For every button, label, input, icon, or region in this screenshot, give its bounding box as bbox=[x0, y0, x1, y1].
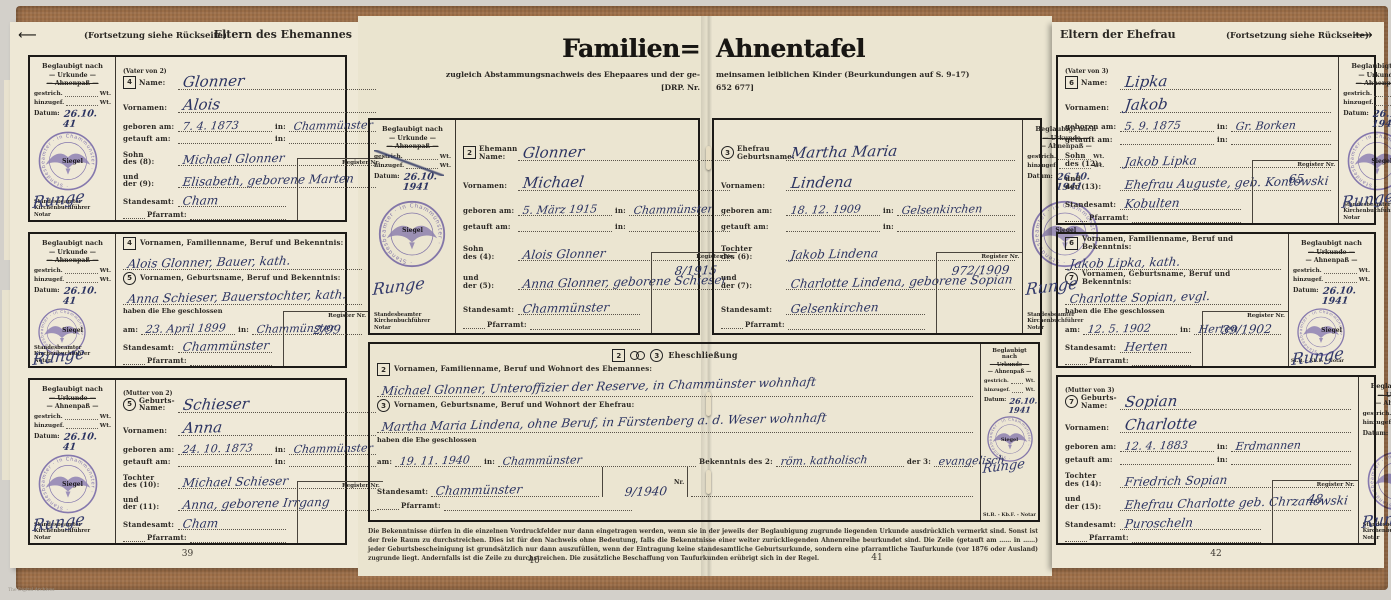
surname-entry: Sopian bbox=[1124, 394, 1178, 410]
arrow-right-icon: ⟶ bbox=[1354, 28, 1373, 43]
husband-number-badge: 2 bbox=[612, 349, 625, 362]
stamp-zone: Siegel · Standesbeamter · in Chammünster… bbox=[34, 130, 111, 202]
cert-option-urkunde: — Urkunde — bbox=[34, 249, 111, 257]
register-number-entry: 8/1915 bbox=[674, 264, 718, 277]
form-fields: 2 3 Eheschließung 2Vornamen, Familiennam… bbox=[370, 344, 980, 520]
drp-number: 652 677] bbox=[716, 83, 754, 92]
relation-note: (Vater von 3) bbox=[1065, 69, 1117, 76]
cert-gestrichen-line: gestrich.Wt. bbox=[34, 268, 111, 274]
cert-gestrichen-line: gestrich.Wt. bbox=[984, 378, 1035, 384]
registry-office-entry: Chammünster bbox=[522, 301, 610, 315]
ancestor-number-badge: 5 bbox=[123, 398, 136, 411]
archive-credit: The Digital Archives bbox=[8, 588, 55, 593]
husband-confession-entry: röm. katholisch bbox=[780, 454, 868, 467]
registrar-signature: Runge bbox=[1291, 346, 1344, 369]
registry-office-entry: Chammünster bbox=[182, 340, 270, 354]
cert-title: Beglaubigt nach bbox=[34, 62, 111, 70]
stamp-zone: Siegel · Standesbeamter · in Chammünster… bbox=[34, 307, 111, 359]
cert-hinzugefuegt-line: hinzugef.Wt. bbox=[1343, 100, 1391, 106]
father-entry: Jakob Lipka bbox=[1124, 154, 1198, 168]
surname-entry: Glonner bbox=[182, 74, 245, 90]
cert-date: Datum:26.10. 1941 bbox=[1363, 430, 1391, 450]
page-number-39: 39 bbox=[28, 549, 347, 559]
husband-details-entry: Michael Glonner, Unteroffizier der Reser… bbox=[381, 376, 817, 397]
mother-details-entry: Anna Schieser, Bauerstochter, kath. bbox=[127, 288, 347, 305]
cert-option-urkunde: — Urkunde — bbox=[34, 72, 111, 80]
drp-prefix: [DRP. Nr. bbox=[380, 83, 700, 92]
registry-office-entry: Cham bbox=[182, 194, 219, 207]
birthdate-entry: 18. 12. 1909 bbox=[790, 204, 861, 216]
surname-entry: Schieser bbox=[182, 396, 250, 412]
cert-option-urkunde: — Urkunde — bbox=[984, 362, 1035, 369]
page-number-41: 41 bbox=[712, 553, 1042, 563]
marriage-title: Eheschließung bbox=[668, 351, 737, 360]
cert-option-ahnenpass: — Ahnenpaß — bbox=[1343, 80, 1391, 88]
form-fields: (Mutter von 2) 5 Geburts-Name: Schieser … bbox=[116, 380, 383, 543]
official-stamp: · Standesbeamter · in Chammünster · bbox=[37, 453, 99, 515]
register-number-entry: 2/99 bbox=[313, 323, 341, 336]
ancestor-number-badge: 3 bbox=[721, 146, 734, 159]
cert-gestrichen-line: gestrich.Wt. bbox=[34, 414, 111, 420]
stamp-zone: Siegel · Standesbeamter · in Chammünster… bbox=[374, 193, 451, 289]
givenname-entry: Charlotte bbox=[1124, 416, 1198, 433]
record-box-marriage-husband-parents: Beglaubigt nach — Urkunde — — Ahnenpaß —… bbox=[28, 232, 347, 368]
ancestor-number-badge: 4 bbox=[123, 76, 136, 89]
form-fields: (Vater von 2) 4 Name: Glonner Vornamen: … bbox=[116, 57, 383, 220]
birthplace-entry: Erdmannen bbox=[1235, 440, 1302, 452]
relation-note: (Vater von 2) bbox=[123, 69, 175, 76]
marriage-date-entry: 19. 11. 1940 bbox=[399, 455, 470, 467]
cert-option-ahnenpass: — Ahnenpaß — bbox=[34, 257, 111, 265]
official-stamp: · Standesbeamter · in Chammünster · bbox=[1346, 130, 1391, 192]
record-box-father-of-husband: Beglaubigt nach — Urkunde — — Ahnenpaß —… bbox=[28, 55, 347, 222]
officials-caption: St.B. - Kb.F. - Notar bbox=[983, 512, 1036, 518]
certification-block: Beglaubigt nach — Urkunde — — Ahnenpaß —… bbox=[980, 344, 1038, 520]
cert-gestrichen-line: gestrich.Wt. bbox=[1363, 411, 1391, 417]
certification-block: Beglaubigt nach — Urkunde — — Ahnenpaß —… bbox=[30, 57, 116, 220]
cert-option-urkunde: — Urkunde — bbox=[34, 395, 111, 403]
page-42-title: Eltern der Ehefrau bbox=[1060, 28, 1176, 41]
father-entry: Jakob Lindena bbox=[790, 247, 879, 261]
birthplace-entry: Gelsenkirchen bbox=[901, 203, 983, 216]
cert-title: Beglaubigt nach bbox=[1343, 62, 1391, 70]
officials-caption: StandesbeamterKirchenbuchführerNotar bbox=[374, 312, 430, 332]
official-stamp: · Standesbeamter · in Chammünster · bbox=[1366, 450, 1391, 512]
givenname-entry: Jakob bbox=[1124, 97, 1169, 113]
register-number-box: Register Nr. 48 bbox=[1272, 480, 1358, 543]
register-number-entry: 48 bbox=[1307, 493, 1324, 505]
cert-title: Beglaubigt nach bbox=[34, 239, 111, 247]
continuation-note-right: (Fortsetzung siehe Rückseite) bbox=[1226, 31, 1369, 41]
wife-details-entry: Martha Maria Lindena, ohne Beruf, in Für… bbox=[381, 412, 827, 433]
cert-date: Datum:26.10. 41 bbox=[34, 433, 111, 453]
cert-hinzugefuegt-line: hinzugef.Wt. bbox=[34, 100, 111, 106]
ancestor-number-badge: 2 bbox=[463, 146, 476, 159]
cert-title: Beglaubigt nach bbox=[34, 385, 111, 393]
father-details-entry: Jakob Lipka, kath. bbox=[1069, 256, 1181, 270]
stamp-zone: Siegel · Standesbeamter · in Chammünster… bbox=[1363, 450, 1391, 522]
register-number-box: Register Nr. 2/99 bbox=[283, 311, 369, 366]
certification-block: Beglaubigt nach — Urkunde — — Ahnenpaß —… bbox=[1288, 234, 1374, 366]
givenname-entry: Anna bbox=[182, 420, 223, 436]
cert-title: Beglaubigt nach bbox=[374, 125, 451, 133]
wife-number-badge: 3 bbox=[650, 349, 663, 362]
surname-entry: Glonner bbox=[522, 145, 585, 161]
cert-date: Datum:26.10. 1941 bbox=[1293, 287, 1370, 307]
record-box-wife: Beglaubigt nach — Urkunde — — Ahnenpaß —… bbox=[712, 118, 1042, 335]
marriage-place-entry: Chammünster bbox=[502, 454, 582, 467]
cert-hinzugefuegt-line: hinzugef.Wt. bbox=[1293, 277, 1370, 283]
cert-date: Datum:26.10. 41 bbox=[34, 287, 111, 307]
registry-office-entry: Chammünster bbox=[435, 483, 523, 497]
official-stamp: · Standesbeamter · in Chammünster · bbox=[986, 415, 1034, 463]
main-title-part2: Ahnentafel bbox=[716, 34, 865, 63]
register-number-box: Register Nr. 39/1902 bbox=[1202, 311, 1288, 366]
birthdate-entry: 7. 4. 1873 bbox=[182, 119, 239, 131]
registry-office-entry: Puroscheln bbox=[1124, 517, 1194, 530]
scanned-ahnentafel-booklet: ⟵ (Fortsetzung siehe Rückseite) Eltern d… bbox=[0, 0, 1391, 600]
record-box-husband: Beglaubigt nach — Urkunde — — Ahnenpaß —… bbox=[368, 118, 700, 335]
registry-office-entry: Kobulten bbox=[1124, 197, 1180, 210]
cert-hinzugefuegt-line: hinzugef.Wt. bbox=[1363, 420, 1391, 426]
subtitle-part2: meinsamen leiblichen Kinder (Beurkundung… bbox=[716, 70, 970, 79]
marriage-title-row: 2 3 Eheschließung bbox=[377, 347, 973, 364]
registrar-signature: Runge bbox=[372, 276, 425, 299]
cert-title: Beglaubigt nach bbox=[1293, 239, 1370, 247]
form-fields: (Vater von 3) 6 Name: Lipka Vornamen: Ja… bbox=[1058, 57, 1338, 223]
cert-option-ahnenpass: — Ahnenpaß — bbox=[1293, 257, 1370, 265]
registrar-signature: Runge bbox=[32, 346, 85, 369]
cert-option-urkunde: — Urkunde — bbox=[1343, 72, 1391, 80]
certification-block: Beglaubigt nach — Urkunde — — Ahnenpaß —… bbox=[30, 234, 116, 366]
marriage-number-box: Nr. 9/1940 bbox=[602, 467, 688, 497]
register-number-box: Register Nr. 65 bbox=[1252, 160, 1338, 223]
form-fields: 6Vornamen, Familienname, Beruf und Beken… bbox=[1058, 234, 1288, 366]
record-box-marriage-wife-parents: Beglaubigt nach — Urkunde — — Ahnenpaß —… bbox=[1056, 232, 1376, 368]
father-details-entry: Alois Glonner, Bauer, kath. bbox=[127, 255, 291, 270]
father-entry: Michael Schieser bbox=[182, 475, 289, 489]
cert-option-ahnenpass: — Ahnenpaß — bbox=[984, 369, 1035, 376]
main-title-part1: Familien= bbox=[400, 34, 700, 63]
record-box-father-of-wife: Beglaubigt nach — Urkunde — — Ahnenpaß —… bbox=[1056, 55, 1376, 225]
father-entry: Alois Glonner bbox=[522, 247, 606, 261]
registry-office-entry: Cham bbox=[182, 517, 219, 530]
certification-block: Beglaubigt nach — Urkunde — — Ahnenpaß —… bbox=[370, 120, 456, 333]
cert-option-urkunde: — Urkunde — bbox=[374, 135, 451, 143]
certification-block: Beglaubigt nach — Urkunde — — Ahnenpaß —… bbox=[1338, 57, 1391, 223]
page-39-title: Eltern des Ehemannes bbox=[200, 28, 352, 41]
marriage-rings-icon bbox=[630, 351, 645, 360]
record-box-mother-of-husband: Beglaubigt nach — Urkunde — — Ahnenpaß —… bbox=[28, 378, 347, 545]
register-number-box: Register Nr. 972/1909 bbox=[936, 252, 1022, 333]
register-number-entry: 972/1909 bbox=[951, 264, 1010, 277]
cert-option-urkunde: — Urkunde — bbox=[1363, 392, 1391, 400]
stamp-zone: Siegel · Standesbeamter · in Chammünster… bbox=[1343, 130, 1391, 202]
cert-option-ahnenpass: — Ahnenpaß — bbox=[34, 403, 111, 411]
ancestor-number-badge: 5 bbox=[123, 272, 136, 285]
cert-hinzugefuegt-line: hinzugef.Wt. bbox=[34, 277, 111, 283]
birthplace-entry: Chammünster bbox=[293, 442, 373, 455]
registrar-signature: Runge bbox=[1361, 509, 1391, 532]
birthplace-entry: Chammünster bbox=[633, 203, 713, 216]
marriage-number-entry: 9/1940 bbox=[624, 485, 668, 498]
mother-details-entry: Charlotte Sopian, evgl. bbox=[1069, 290, 1211, 305]
father-entry: Michael Glonner bbox=[182, 152, 285, 166]
cert-title: Beglaubigt nach bbox=[1363, 382, 1391, 390]
arrow-left-icon: ⟵ bbox=[18, 28, 37, 43]
form-fields: 2 EhemannName: Glonner Vornamen: Michael… bbox=[456, 120, 737, 333]
surname-entry: Lipka bbox=[1124, 74, 1168, 90]
form-fields: 4Vornamen, Familienname, Beruf und Beken… bbox=[116, 234, 369, 366]
stamp-zone: Siegel · Standesbeamter · in Chammünster… bbox=[984, 415, 1035, 471]
givenname-entry: Michael bbox=[522, 175, 585, 191]
cert-date: Datum:26.10. 1941 bbox=[1343, 110, 1391, 130]
birthdate-entry: 5. 9. 1875 bbox=[1124, 120, 1181, 132]
ancestor-number-badge: 6 bbox=[1065, 237, 1078, 250]
register-number-entry: 39/1902 bbox=[1221, 323, 1272, 336]
birthplace-entry: Chammünster bbox=[293, 119, 373, 132]
birthplace-entry: Gr. Borken bbox=[1235, 120, 1297, 132]
marriage-date-entry: 23. April 1899 bbox=[145, 322, 226, 335]
birthdate-entry: 24. 10. 1873 bbox=[182, 442, 253, 454]
cert-hinzugefuegt-line: hinzugef.Wt. bbox=[984, 387, 1035, 393]
certification-block: Beglaubigt nach — Urkunde — — Ahnenpaß —… bbox=[30, 380, 116, 543]
cert-option-ahnenpass: — Ahnenpaß — bbox=[34, 80, 111, 88]
father-entry: Friedrich Sopian bbox=[1124, 474, 1228, 488]
registry-office-entry: Gelsenkirchen bbox=[790, 301, 879, 315]
cert-title: Beglaubigt nach bbox=[984, 348, 1035, 360]
marriage-date-entry: 12. 5. 1902 bbox=[1087, 323, 1151, 335]
cert-gestrichen-line: gestrich.Wt. bbox=[1343, 91, 1391, 97]
ancestor-number-badge: 4 bbox=[123, 237, 136, 250]
cert-gestrichen-line: gestrich.Wt. bbox=[1293, 268, 1370, 274]
cert-date: Datum:26.10. 41 bbox=[34, 110, 111, 130]
birthdate-entry: 12. 4. 1883 bbox=[1124, 440, 1188, 452]
givenname-entry: Lindena bbox=[790, 175, 853, 191]
subtitle-part1: zugleich Abstammungsnachweis des Ehepaar… bbox=[380, 70, 700, 79]
birthdate-entry: 5. März 1915 bbox=[522, 203, 598, 216]
marriage-label: haben die Ehe geschlossen bbox=[377, 436, 973, 446]
official-stamp: · Standesbeamter · in Chammünster · bbox=[377, 199, 447, 269]
registry-office-entry: Herten bbox=[1124, 341, 1169, 354]
official-stamp: · Standesbeamter · in Chammünster · bbox=[37, 130, 99, 192]
cert-option-ahnenpass: — Ahnenpaß — bbox=[1363, 400, 1391, 408]
ancestor-number-badge: 6 bbox=[1065, 76, 1078, 89]
form-fields: 3 EhefrauGeburtsname: Martha Maria Vorna… bbox=[714, 120, 1022, 333]
form-fields: (Mutter von 3) 7 Geburts-Name: Sopian Vo… bbox=[1058, 377, 1358, 543]
surname-entry: Martha Maria bbox=[790, 144, 898, 161]
page-number-40: 40 bbox=[368, 556, 700, 566]
cert-hinzugefuegt-line: hinzugef.Wt. bbox=[34, 423, 111, 429]
stamp-zone: Siegel · Standesbeamter · in Chammünster… bbox=[1293, 307, 1370, 359]
record-box-mother-of-wife: Beglaubigt nach — Urkunde — — Ahnenpaß —… bbox=[1056, 375, 1376, 545]
record-box-couple-marriage: 2 3 Eheschließung 2Vornamen, Familiennam… bbox=[368, 342, 1040, 522]
register-number-entry: 65 bbox=[1288, 173, 1305, 185]
ancestor-number-badge: 7 bbox=[1065, 395, 1078, 408]
cert-date: Datum:26.10. 1941 bbox=[984, 397, 1035, 414]
page-number-42: 42 bbox=[1056, 549, 1376, 559]
stamp-zone: Siegel · Standesbeamter · in Chammünster… bbox=[34, 453, 111, 525]
cert-option-urkunde: — Urkunde — bbox=[1293, 249, 1370, 257]
certification-block: Beglaubigt nach — Urkunde — — Ahnenpaß —… bbox=[1358, 377, 1391, 543]
cert-gestrichen-line: gestrich.Wt. bbox=[34, 91, 111, 97]
givenname-entry: Alois bbox=[182, 97, 221, 113]
